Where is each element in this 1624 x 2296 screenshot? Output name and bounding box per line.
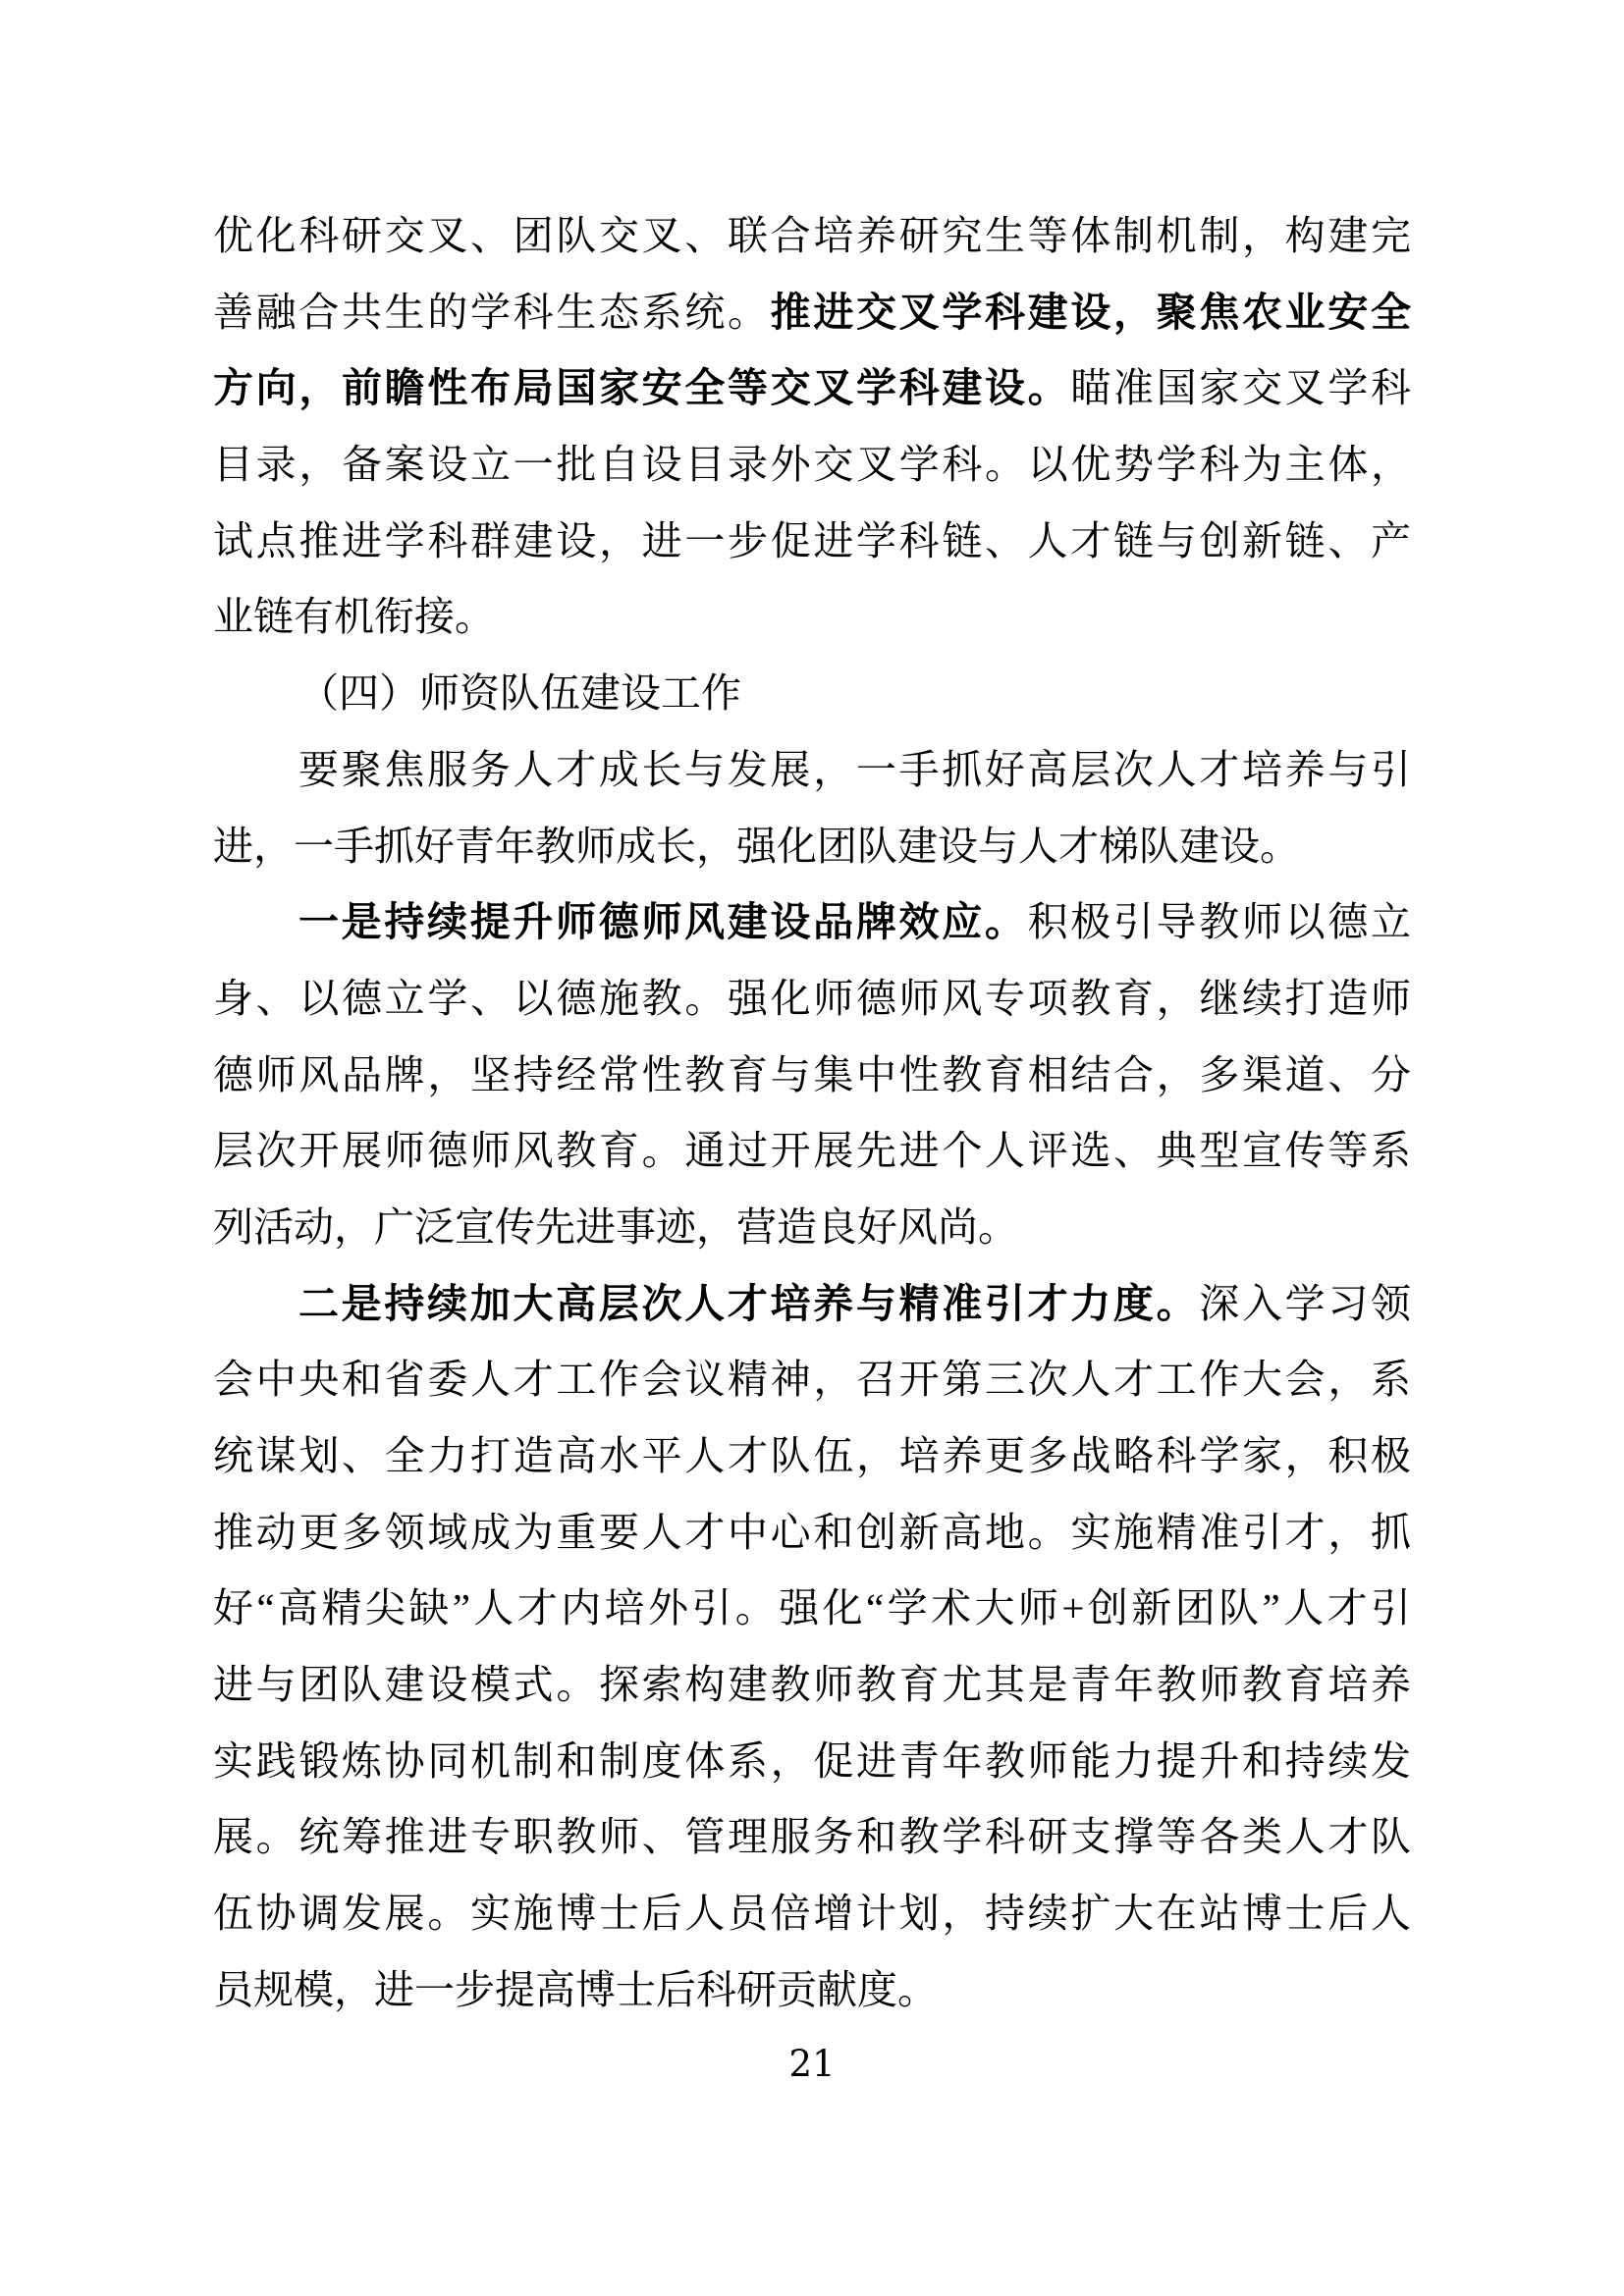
body-line-19: 好“高精尖缺”人才内培外引。强化“学术大师+创新团队”人才引: [213, 1571, 1411, 1647]
text-run: 德师风品牌，坚持经常性教育与集中性教育相结合，多渠道、分: [213, 1052, 1411, 1097]
body-line-11: 身、以德立学、以德施教。强化师德师风专项教育，继续打造师: [213, 961, 1411, 1038]
text-run: 进与团队建设模式。探索构建教师教育尤其是青年教师教育培养: [213, 1662, 1411, 1707]
body-line-2: 善融合共生的学科生态系统。推进交叉学科建设，聚焦农业安全: [213, 275, 1411, 351]
page-number: 21: [0, 2044, 1624, 2085]
body-line-1: 优化科研交叉、团队交叉、联合培养研究生等体制机制，构建完: [213, 198, 1411, 275]
text-run: 积极引导教师以德立: [1028, 899, 1411, 944]
text-run: 员规模，进一步提高博士后科研贡献度。: [213, 1967, 938, 2012]
body-line-17: 统谋划、全力打造高水平人才队伍，培养更多战略科学家，积极: [213, 1418, 1411, 1495]
text-run: 试点推进学科群建设，进一步促进学科链、人才链与创新链、产: [213, 518, 1411, 563]
text-run: 层次开展师德师风教育。通过开展先进个人评选、典型宣传等系: [213, 1128, 1411, 1173]
text-run-bold: 一是持续提升师德师风建设品牌效应。: [298, 899, 1028, 944]
body-line-14: 列活动，广泛宣传先进事迹，营造良好风尚。: [213, 1190, 1411, 1266]
text-run: 身、以德立学、以德施教。强化师德师风专项教育，继续打造师: [213, 976, 1411, 1021]
body-line-4: 目录，备案设立一批自设目录外交叉学科。以优势学科为主体，: [213, 427, 1411, 504]
text-run-bold: 推进交叉学科建设，聚焦农业安全: [771, 290, 1411, 335]
body-line-24: 员规模，进一步提高博士后科研贡献度。: [213, 1952, 1411, 2029]
text-run-bold: 方向，前瞻性布局国家安全等交叉学科建设。: [213, 365, 1070, 410]
body-line-16: 会中央和省委人才工作会议精神，召开第三次人才工作大会，系: [213, 1342, 1411, 1418]
body-line-15: 二是持续加大高层次人才培养与精准引才力度。深入学习领: [213, 1266, 1411, 1343]
text-run: 优化科研交叉、团队交叉、联合培养研究生等体制机制，构建完: [213, 213, 1411, 258]
text-run: 统谋划、全力打造高水平人才队伍，培养更多战略科学家，积极: [213, 1433, 1411, 1478]
text-run: （四）师资队伍建设工作: [298, 670, 741, 716]
body-line-10: 一是持续提升师德师风建设品牌效应。积极引导教师以德立: [213, 884, 1411, 961]
body-line-23: 伍协调发展。实施博士后人员倍增计划，持续扩大在站博士后人: [213, 1876, 1411, 1952]
body-line-13: 层次开展师德师风教育。通过开展先进个人评选、典型宣传等系: [213, 1113, 1411, 1190]
text-run: 会中央和省委人才工作会议精神，召开第三次人才工作大会，系: [213, 1357, 1411, 1402]
text-run: 业链有机衔接。: [213, 594, 495, 639]
text-run: 目录，备案设立一批自设目录外交叉学科。以优势学科为主体，: [213, 442, 1411, 487]
text-run: 善融合共生的学科生态系统。: [213, 290, 771, 335]
text-run: 好“高精尖缺”人才内培外引。强化“学术大师+创新团队”人才引: [213, 1585, 1411, 1630]
text-run: 要聚焦服务人才成长与发展，一手抓好高层次人才培养与引: [298, 747, 1411, 792]
document-page: 优化科研交叉、团队交叉、联合培养研究生等体制机制，构建完 善融合共生的学科生态系…: [0, 0, 1624, 2296]
body-line-9: 进，一手抓好青年教师成长，强化团队建设与人才梯队建设。: [213, 809, 1411, 885]
body-line-3: 方向，前瞻性布局国家安全等交叉学科建设。瞄准国家交叉学科: [213, 350, 1411, 427]
text-run: 进，一手抓好青年教师成长，强化团队建设与人才梯队建设。: [213, 824, 1300, 869]
section-heading: （四）师资队伍建设工作: [213, 656, 1411, 732]
text-run-bold: 二是持续加大高层次人才培养与精准引才力度。: [298, 1281, 1199, 1326]
body-line-12: 德师风品牌，坚持经常性教育与集中性教育相结合，多渠道、分: [213, 1038, 1411, 1114]
text-run: 实践锻炼协同机制和制度体系，促进青年教师能力提升和持续发: [213, 1738, 1411, 1784]
body-line-5: 试点推进学科群建设，进一步促进学科链、人才链与创新链、产: [213, 504, 1411, 580]
text-run: 列活动，广泛宣传先进事迹，营造良好风尚。: [213, 1204, 1018, 1250]
text-run: 深入学习领: [1199, 1281, 1411, 1326]
text-run: 瞄准国家交叉学科: [1070, 365, 1411, 410]
body-line-20: 进与团队建设模式。探索构建教师教育尤其是青年教师教育培养: [213, 1647, 1411, 1724]
body-line-18: 推动更多领域成为重要人才中心和创新高地。实施精准引才，抓: [213, 1495, 1411, 1572]
text-run: 展。统筹推进专职教师、管理服务和教学科研支撑等各类人才队: [213, 1814, 1411, 1859]
text-block: 优化科研交叉、团队交叉、联合培养研究生等体制机制，构建完 善融合共生的学科生态系…: [213, 198, 1411, 2029]
body-line-6: 业链有机衔接。: [213, 579, 1411, 656]
body-line-8: 要聚焦服务人才成长与发展，一手抓好高层次人才培养与引: [213, 732, 1411, 809]
text-run: 推动更多领域成为重要人才中心和创新高地。实施精准引才，抓: [213, 1510, 1411, 1555]
body-line-21: 实践锻炼协同机制和制度体系，促进青年教师能力提升和持续发: [213, 1724, 1411, 1800]
body-line-22: 展。统筹推进专职教师、管理服务和教学科研支撑等各类人才队: [213, 1799, 1411, 1876]
text-run: 伍协调发展。实施博士后人员倍增计划，持续扩大在站博士后人: [213, 1891, 1411, 1936]
